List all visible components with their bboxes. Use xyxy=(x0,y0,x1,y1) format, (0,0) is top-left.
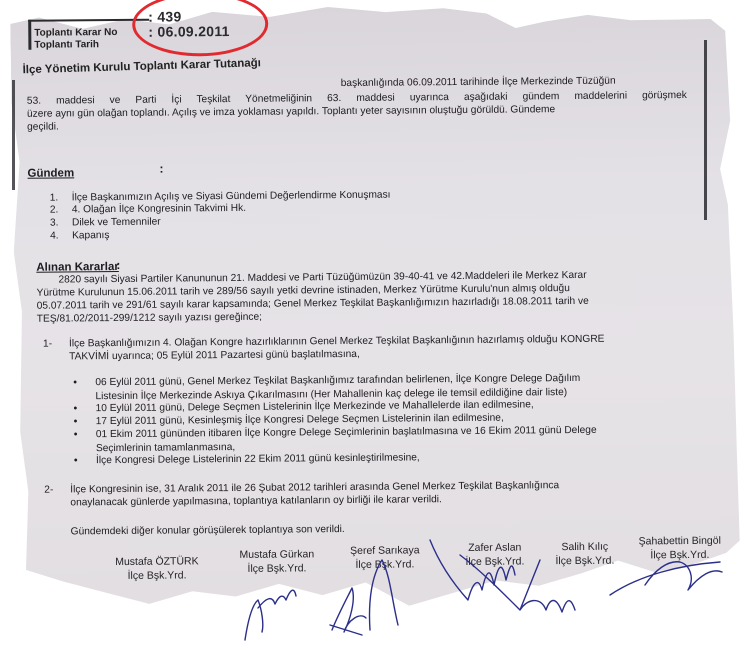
signature-mark xyxy=(370,560,399,630)
signature-mark xyxy=(430,540,515,600)
signature-mark xyxy=(610,562,722,595)
signature-mark xyxy=(330,588,366,635)
signature-mark xyxy=(460,555,575,612)
handwritten-signatures xyxy=(0,0,750,650)
signature-mark xyxy=(245,590,296,640)
